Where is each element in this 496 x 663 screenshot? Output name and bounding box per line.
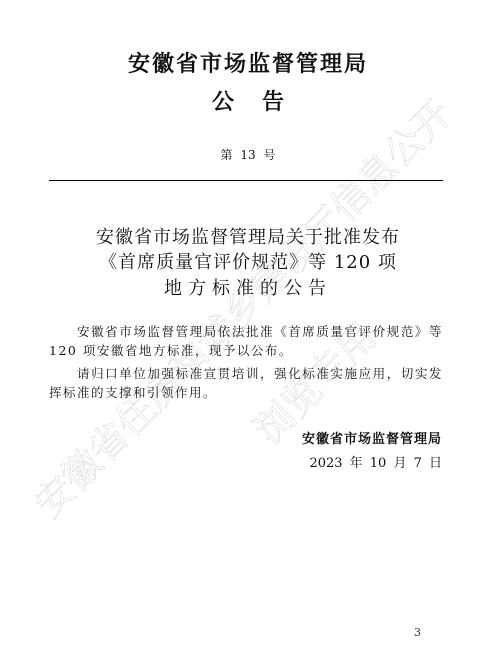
document-number: 第 13 号 xyxy=(0,146,496,163)
document-type-heading: 公告 xyxy=(0,85,496,116)
page-number: 3 xyxy=(414,626,421,639)
announcement-title-line-1: 安徽省市场监督管理局关于批准发布 xyxy=(0,223,496,249)
announcement-title-line-3: 地方标准的公告 xyxy=(0,274,496,300)
body-paragraph-2: 请归口单位加强标准宣贯培训，强化标准实施应用，切实发挥标准的支撑和引领作用。 xyxy=(49,364,443,402)
announcement-title-line-2: 《首席质量官评价规范》等 120 项 xyxy=(0,248,496,274)
doc-type-char: 告 xyxy=(262,89,284,115)
header-divider xyxy=(49,180,443,181)
issuing-organization-title: 安徽省市场监督管理局 xyxy=(0,47,496,78)
body-paragraph-1: 安徽省市场监督管理局依法批准《首席质量官评价规范》等 120 项安徽省地方标准，… xyxy=(49,322,443,360)
signature-date: 2023 年 10 月 7 日 xyxy=(309,452,442,471)
signature-organization: 安徽省市场监督管理局 xyxy=(302,428,442,447)
doc-type-char: 公 xyxy=(212,89,234,115)
